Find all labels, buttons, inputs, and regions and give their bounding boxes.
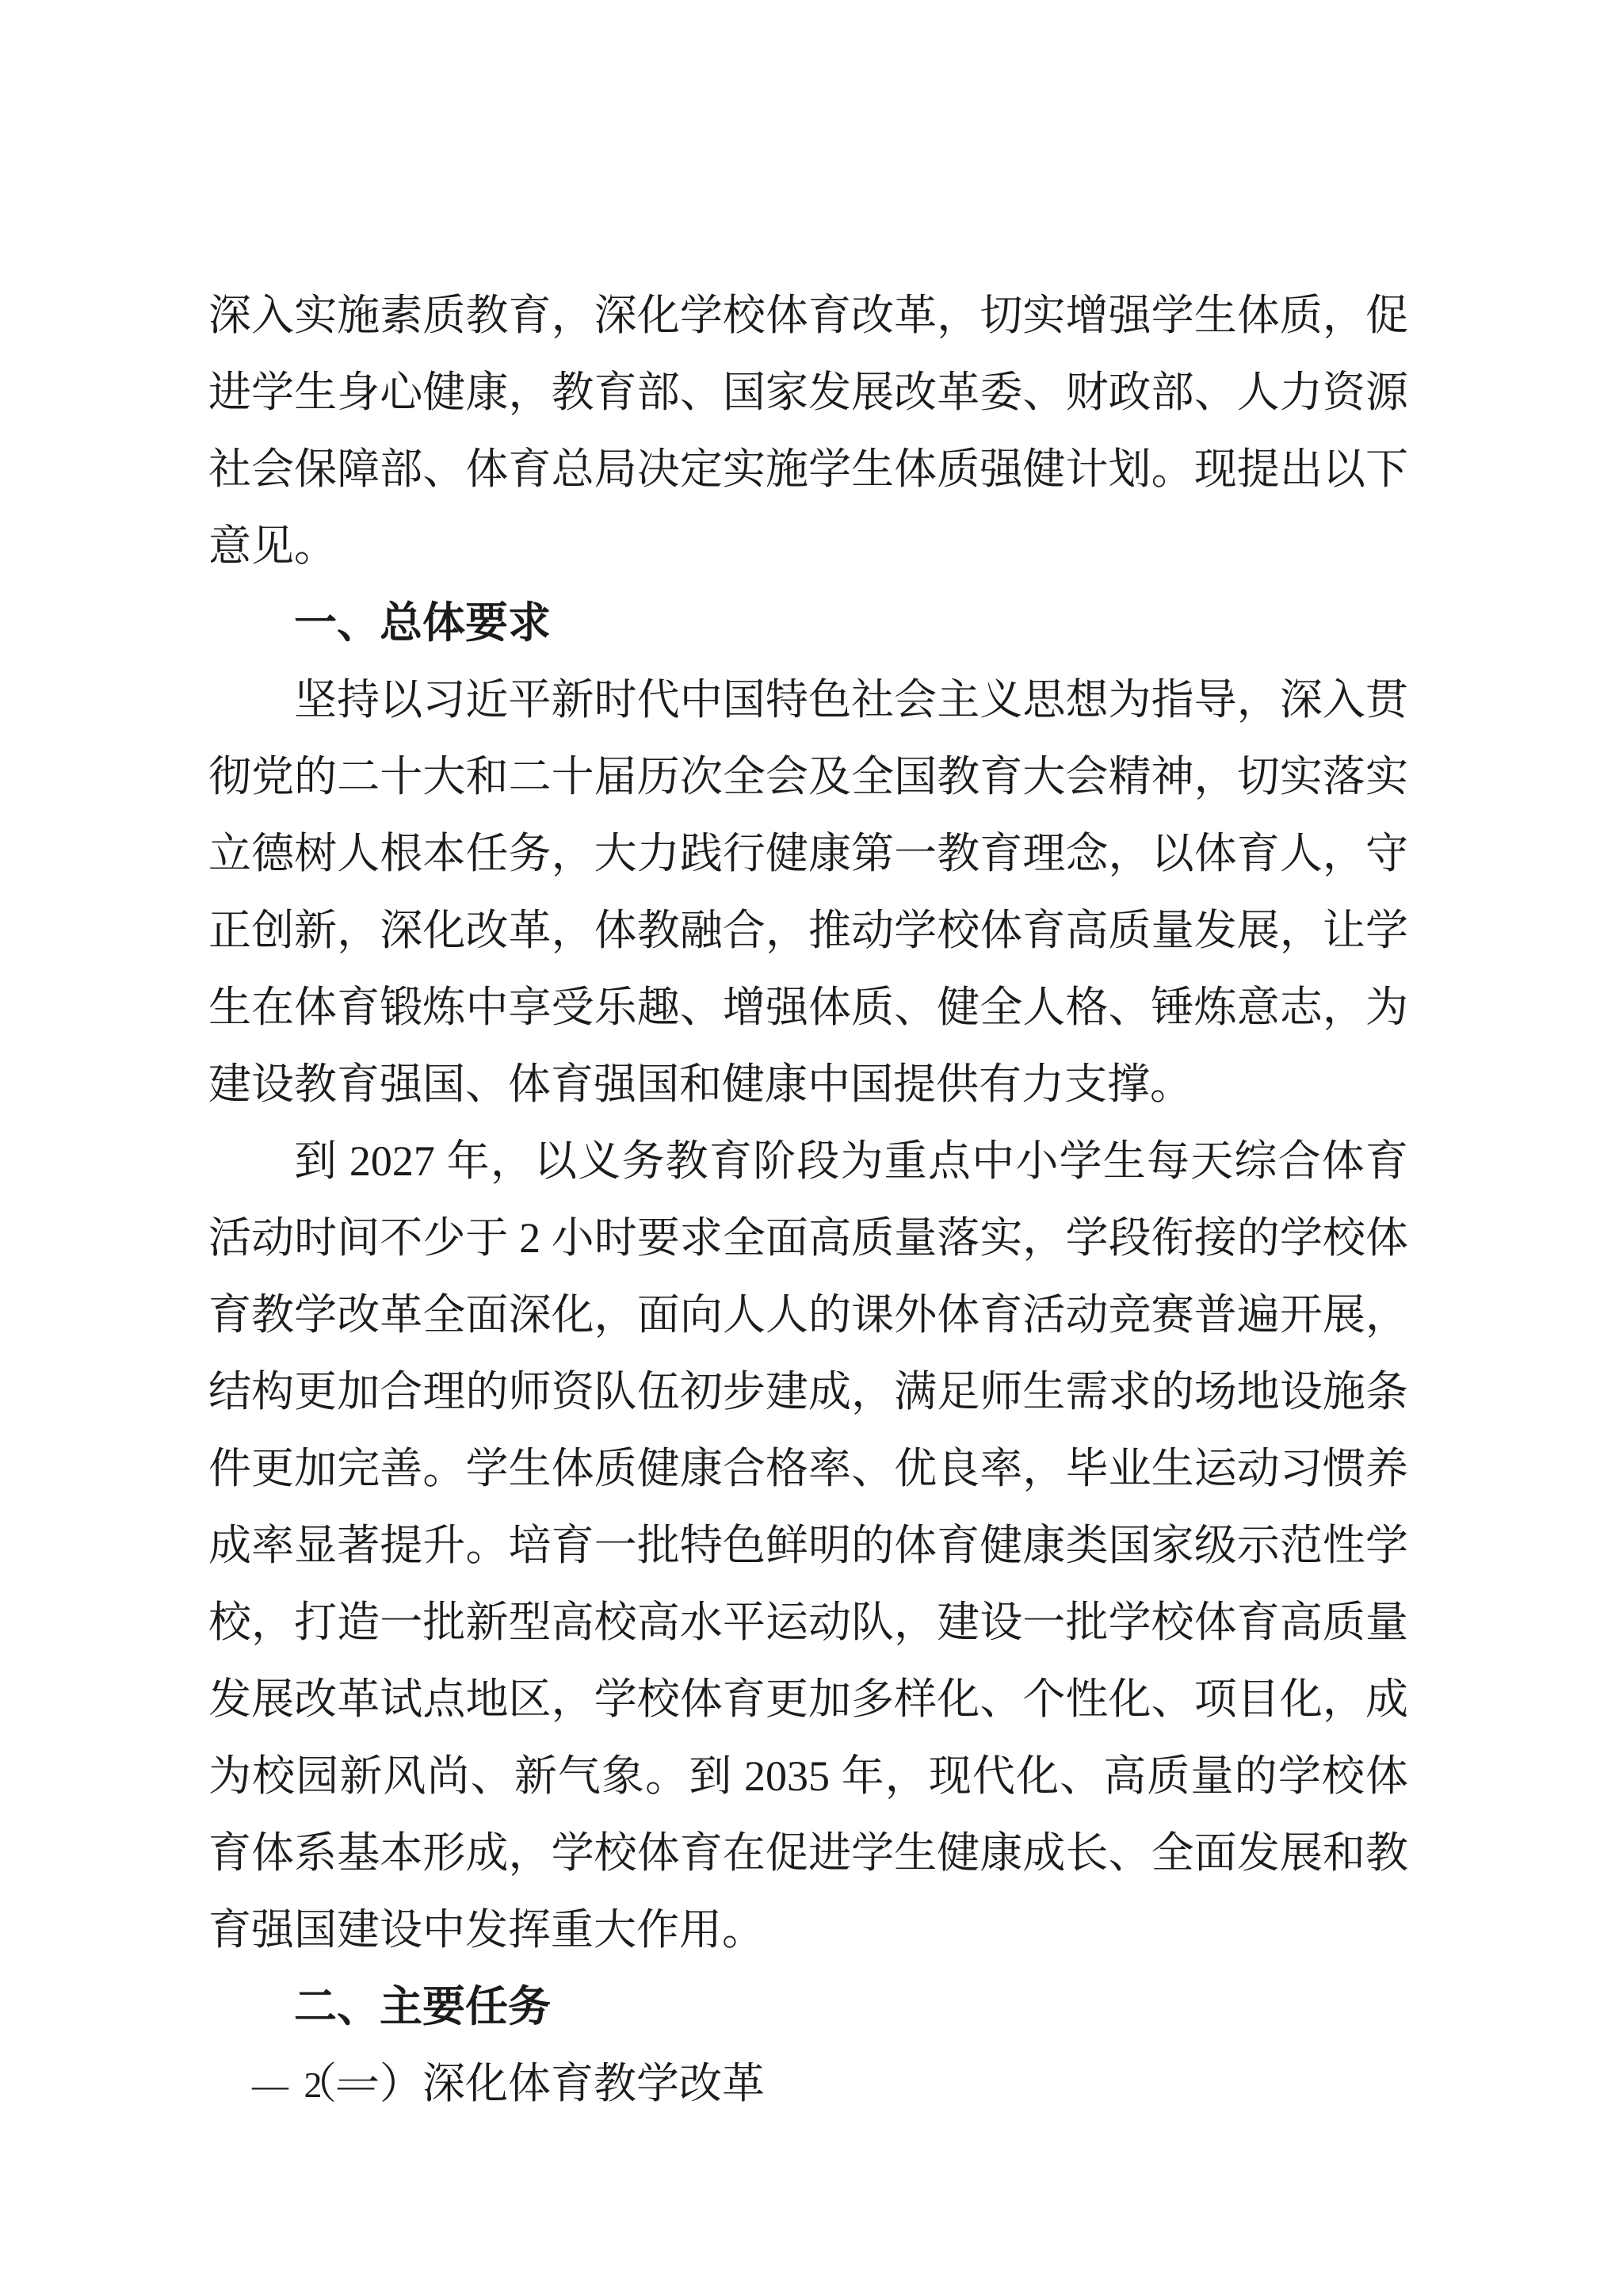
body-line: 结构更加合理的师资队伍初步建成，满足师生需求的场地设施条	[208, 1354, 1408, 1431]
body-line: 到 2027 年，以义务教育阶段为重点中小学生每天综合体育	[208, 1123, 1408, 1200]
body-line: 生在体育锻炼中享受乐趣、增强体质、健全人格、锤炼意志，为	[208, 969, 1408, 1046]
body-line: 正创新，深化改革，体教融合，推动学校体育高质量发展，让学	[208, 892, 1408, 969]
body-line: 校，打造一批新型高校高水平运动队，建设一批学校体育高质量	[208, 1584, 1408, 1661]
body-line: 进学生身心健康，教育部、国家发展改革委、财政部、人力资源	[208, 354, 1408, 431]
body-line: 彻党的二十大和二十届历次全会及全国教育大会精神，切实落实	[208, 739, 1408, 816]
body-line: 深入实施素质教育，深化学校体育改革，切实增强学生体质，促	[208, 277, 1408, 354]
page-number: — 2 —	[252, 2059, 377, 2111]
body-line: 育教学改革全面深化，面向人人的课外体育活动竞赛普遍开展，	[208, 1277, 1408, 1354]
body-line: 成率显著提升。培育一批特色鲜明的体育健康类国家级示范性学	[208, 1507, 1408, 1584]
text-block: 深入实施素质教育，深化学校体育改革，切实增强学生体质，促进学生身心健康，教育部、…	[208, 277, 1408, 2122]
body-line: 为校园新风尚、新气象。到 2035 年，现代化、高质量的学校体	[208, 1738, 1408, 1815]
body-line: 坚持以习近平新时代中国特色社会主义思想为指导，深入贯	[208, 662, 1408, 739]
body-line: 意见。	[208, 508, 1408, 585]
section-heading: 一、总体要求	[208, 585, 1408, 662]
document-page: 深入实施素质教育，深化学校体育改革，切实增强学生体质，促进学生身心健康，教育部、…	[0, 0, 1623, 2296]
body-line: 立德树人根本任务，大力践行健康第一教育理念，以体育人，守	[208, 816, 1408, 892]
section-heading: 二、主要任务	[208, 1969, 1408, 2046]
body-line: 育强国建设中发挥重大作用。	[208, 1892, 1408, 1969]
body-line: 件更加完善。学生体质健康合格率、优良率，毕业生运动习惯养	[208, 1431, 1408, 1507]
body-line: 社会保障部、体育总局决定实施学生体质强健计划。现提出以下	[208, 431, 1408, 508]
body-line: 发展改革试点地区，学校体育更加多样化、个性化、项目化，成	[208, 1661, 1408, 1738]
body-line: 活动时间不少于 2 小时要求全面高质量落实，学段衔接的学校体	[208, 1200, 1408, 1277]
subsection-heading: （一）深化体育教学改革	[208, 2046, 1408, 2122]
body-line: 建设教育强国、体育强国和健康中国提供有力支撑。	[208, 1046, 1408, 1123]
body-line: 育体系基本形成，学校体育在促进学生健康成长、全面发展和教	[208, 1815, 1408, 1892]
